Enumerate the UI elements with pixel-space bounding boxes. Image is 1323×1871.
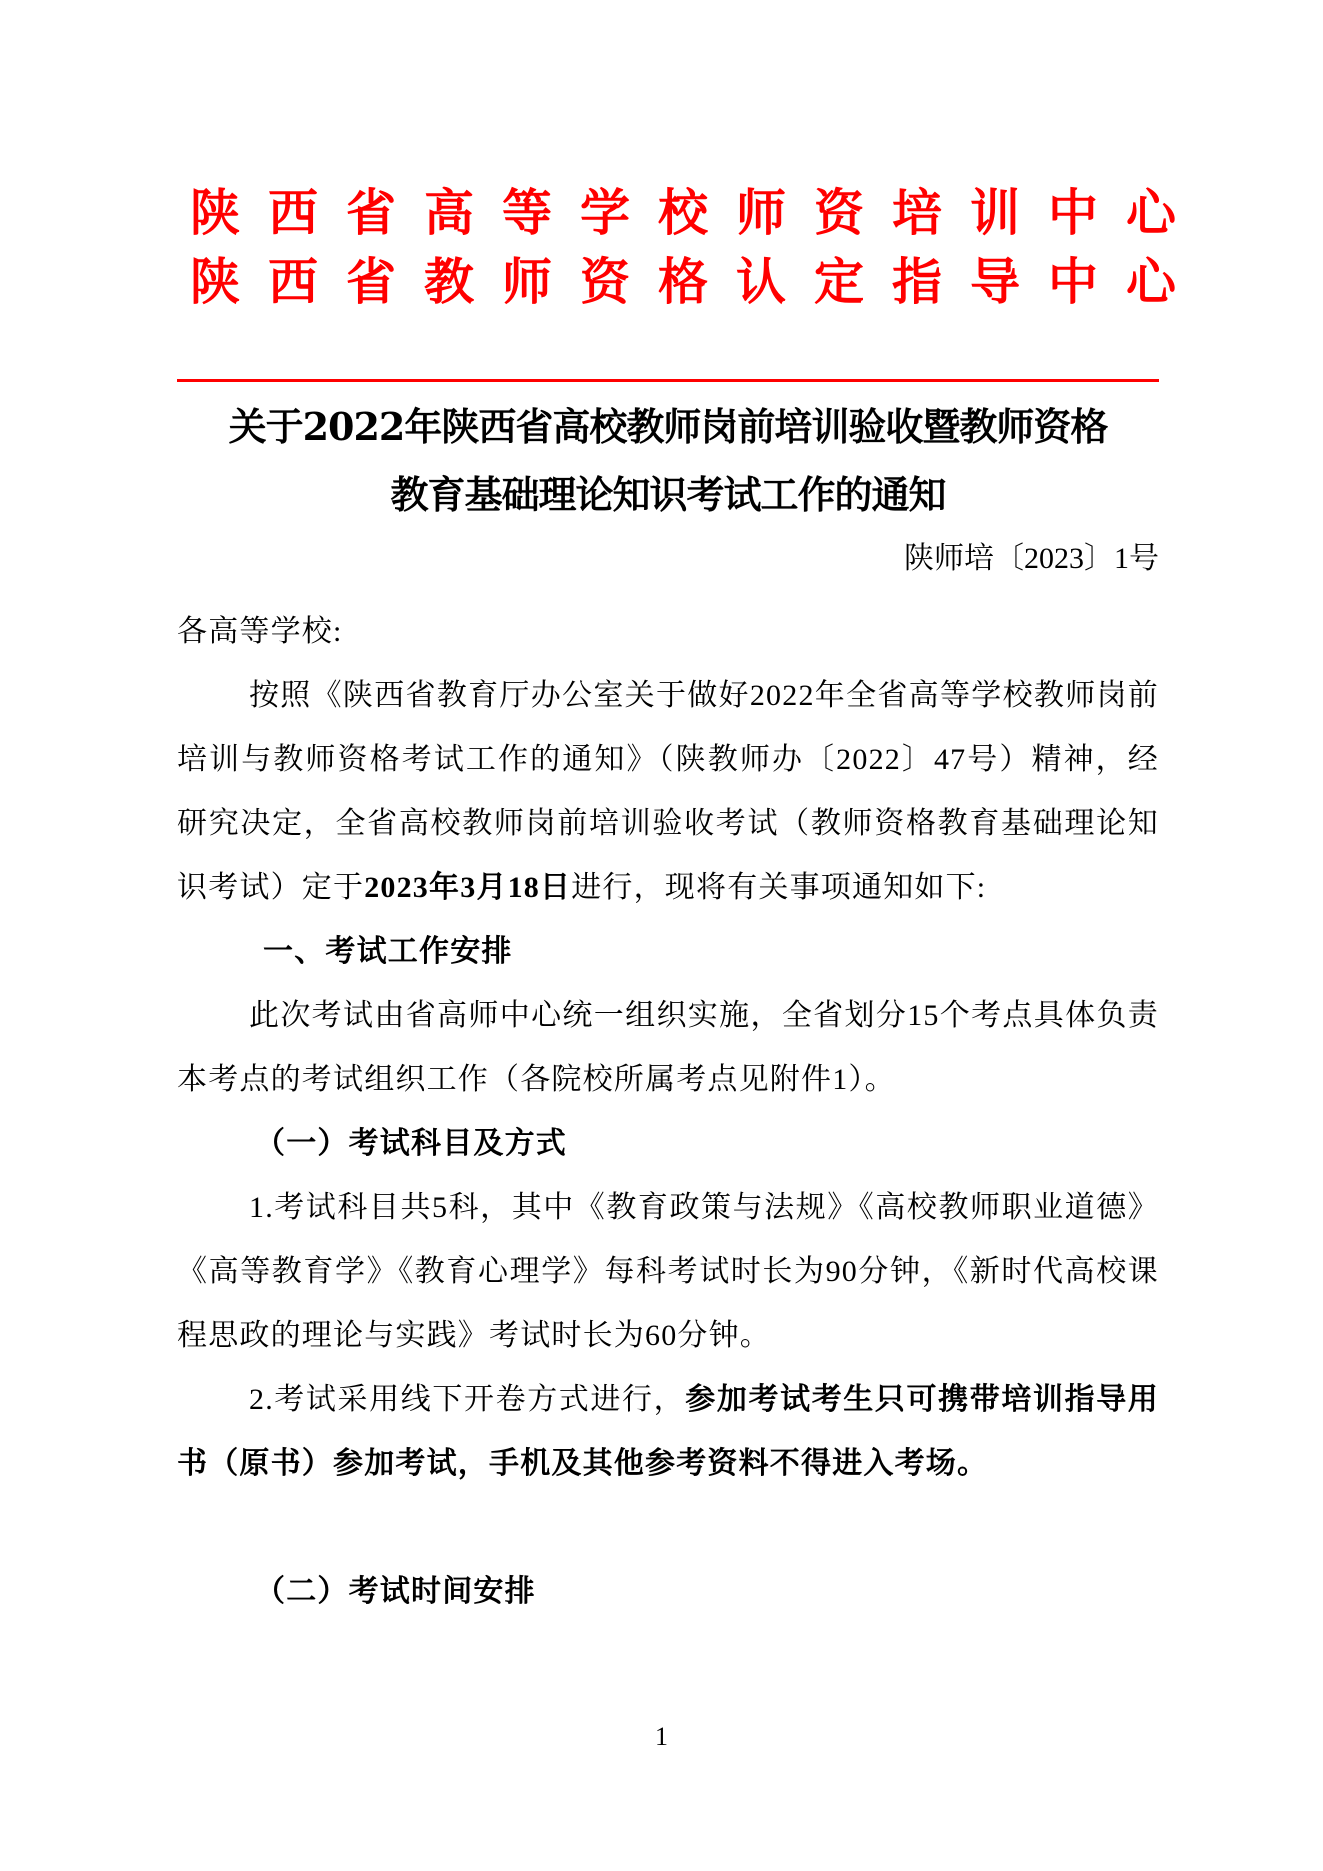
letterhead-line-1: 陕西省高等学校师资培训中心: [190, 188, 1160, 238]
subsection-2-heading: （二）考试时间安排: [177, 1560, 1159, 1624]
page-number: 1: [0, 1724, 1323, 1750]
salutation: 各高等学校:: [177, 600, 1159, 664]
letterhead-line-2: 陕西省教师资格认定指导中心: [190, 257, 1160, 307]
document-body: 各高等学校: 按照《陕西省教育厅办公室关于做好2022年全省高等学校教师岗前培训…: [177, 600, 1159, 1624]
exam-date: 2023年3月18日: [364, 871, 571, 904]
red-divider-line: [177, 379, 1159, 382]
intro-text-part-2: 进行，现将有关事项通知如下:: [571, 871, 986, 904]
document-title-line-2: 教育基础理论知识考试工作的通知: [177, 476, 1159, 514]
item-2-normal-text: 2.考试采用线下开卷方式进行，: [249, 1383, 685, 1416]
subsection-1-item-1: 1.考试科目共5科，其中《教育政策与法规》《高校教师职业道德》《高等教育学》《教…: [177, 1176, 1159, 1368]
document-page: 陕西省高等学校师资培训中心 陕西省教师资格认定指导中心 关于2022年陕西省高校…: [0, 0, 1323, 1871]
document-number: 陕师培〔2023〕1号: [904, 544, 1159, 574]
subsection-1-item-2: 2.考试采用线下开卷方式进行，参加考试考生只可携带培训指导用书（原书）参加考试，…: [177, 1368, 1159, 1496]
intro-paragraph: 按照《陕西省教育厅办公室关于做好2022年全省高等学校教师岗前培训与教师资格考试…: [177, 664, 1159, 920]
document-title-line-1: 关于2022年陕西省高校教师岗前培训验收暨教师资格: [177, 408, 1159, 446]
section-1-heading: 一、考试工作安排: [177, 920, 1159, 984]
section-1-paragraph: 此次考试由省高师中心统一组织实施，全省划分15个考点具体负责本考点的考试组织工作…: [177, 984, 1159, 1112]
subsection-1-heading: （一）考试科目及方式: [177, 1112, 1159, 1176]
blank-line: [177, 1496, 1159, 1560]
